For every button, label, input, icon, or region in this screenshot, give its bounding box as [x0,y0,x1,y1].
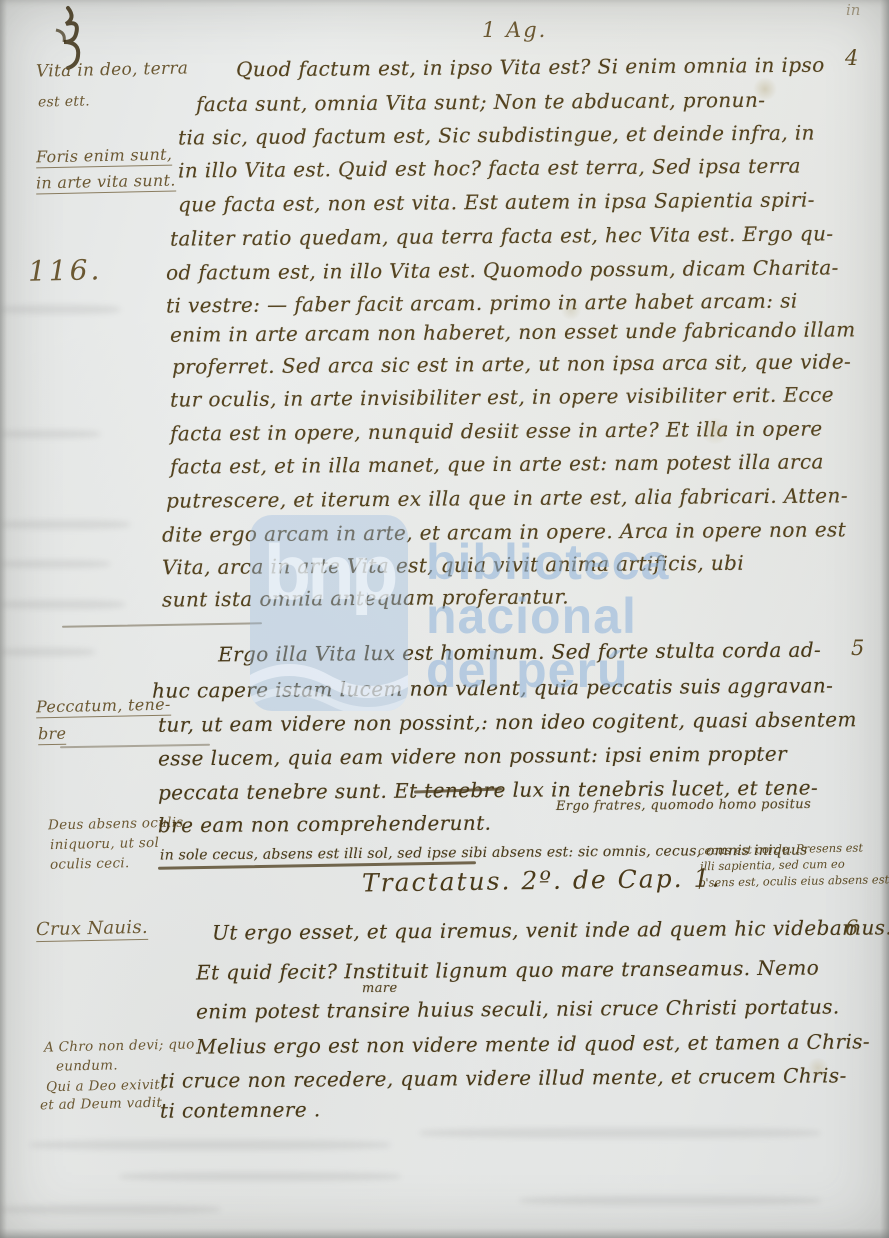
text-line: putrescere, et iterum ex illa que in art… [166,483,848,512]
text-line: Ergo illa Vita lux est hominum. Sed fort… [218,638,821,667]
bleed-through-texture [0,1205,220,1214]
paper-stain [752,78,778,100]
text-line: Vita, arca in arte Vita est, quia vivit … [162,551,744,580]
text-line: bre eam non comprehenderunt. [158,811,492,838]
text-line: tia sic, quod factum est, Sic subdisting… [178,120,815,149]
text-line: sunt ista omnia antequam proferantur. [162,584,569,611]
text-line: enim in arte arcam non haberet, non esse… [170,317,856,346]
margin-note-number-116: 116. [28,253,103,288]
text-line: Quod factum est, in ipso Vita est? Si en… [236,53,825,82]
manuscript-page: 1 Ag. in 4 5 6 Vita in deo, terra est et… [0,0,889,1238]
text-line: in illo Vita est. Quid est hoc? facta es… [178,154,801,183]
bleed-through-texture [520,1196,820,1205]
text-line: Et quid fecit? Instituit lignum quo mare… [196,956,819,985]
folio-number-4: 4 [845,46,858,70]
text-line: Ut ergo esset, et qua iremus, venit inde… [212,915,889,944]
text-line: facta est, et in illa manet, que in arte… [170,449,824,478]
bleed-through-texture [120,1172,400,1181]
text-line: dite ergo arcam in arte, et arcam in ope… [162,517,846,546]
folio-number-5: 5 [851,636,864,660]
text-line: ti contemnere . [160,1097,321,1122]
bleed-through-texture [30,1140,390,1150]
paper-stain [806,1058,830,1078]
text-line: Melius ergo est non videre mente id quod… [196,1029,870,1058]
text-line: od factum est, in illo Vita est. Quomodo… [166,255,839,284]
paper-stain [560,300,582,320]
bleed-through-texture [0,600,125,609]
side-note-line1: cecus est corde. Presens est [698,841,863,858]
bleed-through-texture [0,430,100,438]
text-line: huc capere istam lucem non valent, quia … [152,673,833,702]
side-note-line2: illi sapientia, sed cum eo [700,857,845,874]
interlinear-correction: Ergo fratres, quomodo homo positus [556,797,811,814]
bleed-through-texture [0,560,110,568]
text-line: esse lucem, quia eam videre non possunt:… [158,742,787,771]
divider-rule [62,622,262,627]
margin-note-peccatum-line1: Peccatum, tene- [36,695,171,719]
margin-note-christo-line2: eundum. [56,1057,118,1074]
bottom-edge-shade [0,1228,889,1238]
margin-note-deus-line2: iniquoru, ut sol [50,835,159,853]
margin-note-deus-line3: oculis ceci. [50,855,130,873]
margin-note-foris-line2: in arte vita sunt. [36,171,176,195]
text-line: ti cruce non recedere, quam videre illud… [160,1063,847,1092]
text-line: tur oculis, in arte invisibiliter est, i… [170,382,834,411]
corner-ink-mark: in [846,1,860,19]
margin-note-vita-line2: est ett. [38,93,90,110]
text-line: tur, ut eam videre non possint,: non ide… [158,707,857,736]
text-line: enim potest transire huius seculi, nisi … [196,994,840,1023]
paper-stain [700,418,730,444]
bleed-through-texture [0,648,95,656]
interlinear-correction: mare [362,981,398,996]
bleed-through-texture [420,1128,820,1138]
text-line: proferret. Sed arca sic est in arte, ut … [172,349,851,378]
bleed-through-texture [0,305,120,314]
margin-note-foris-line1: Foris enim sunt, [36,145,173,169]
text-line: que facta est, non est vita. Est autem i… [178,187,815,216]
page-header-mark: 1 Ag. [482,18,547,42]
text-line: facta sunt, omnia Vita sunt; Non te abdu… [196,88,766,116]
section-heading: Tractatus. 2º. de Cap. 1. [362,863,722,897]
right-edge-shade [880,0,889,1238]
margin-note-crux: Crux Nauis. [36,917,148,942]
margin-note-christo-line4: et ad Deum vadit. [40,1095,167,1114]
side-note-line3: p'sens est, oculis eius absens est [698,872,889,889]
left-edge-shade [0,0,7,1238]
text-line: taliter ratio quedam, qua terra facta es… [170,221,834,250]
margin-note-peccatum-line2: bre [38,724,67,746]
margin-note-christo-line1: A Chro non devi; quo [44,1036,195,1055]
text-line: ti vestre: — faber facit arcam. primo in… [166,289,798,318]
bleed-through-texture [0,520,130,529]
margin-note-christo-line3: Qui a Deo exivit, [46,1077,165,1095]
margin-note-vita-line1: Vita in deo, terra [36,58,189,81]
